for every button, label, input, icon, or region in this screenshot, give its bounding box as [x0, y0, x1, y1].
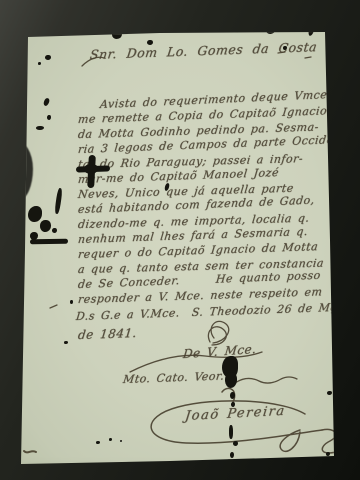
dateline-year: de 1841. [77, 327, 137, 341]
ink-blot [226, 459, 233, 465]
margin-dash [338, 44, 344, 46]
paper-tear-shadow [4, 140, 33, 200]
signature-end-dash [336, 416, 345, 422]
manuscript-photo: Snr. Dom Lo. Gomes da Costa . Avista do … [0, 0, 360, 480]
paper-tear-shadow [8, 150, 26, 190]
letter-paper: Snr. Dom Lo. Gomes da Costa . Avista do … [0, 0, 360, 480]
valediction-title: Mto. Cato. Veor. [122, 370, 225, 385]
ink-speck [120, 440, 122, 442]
ink-streak [229, 425, 233, 439]
ink-streak [30, 239, 68, 245]
ink-speck [333, 396, 336, 399]
